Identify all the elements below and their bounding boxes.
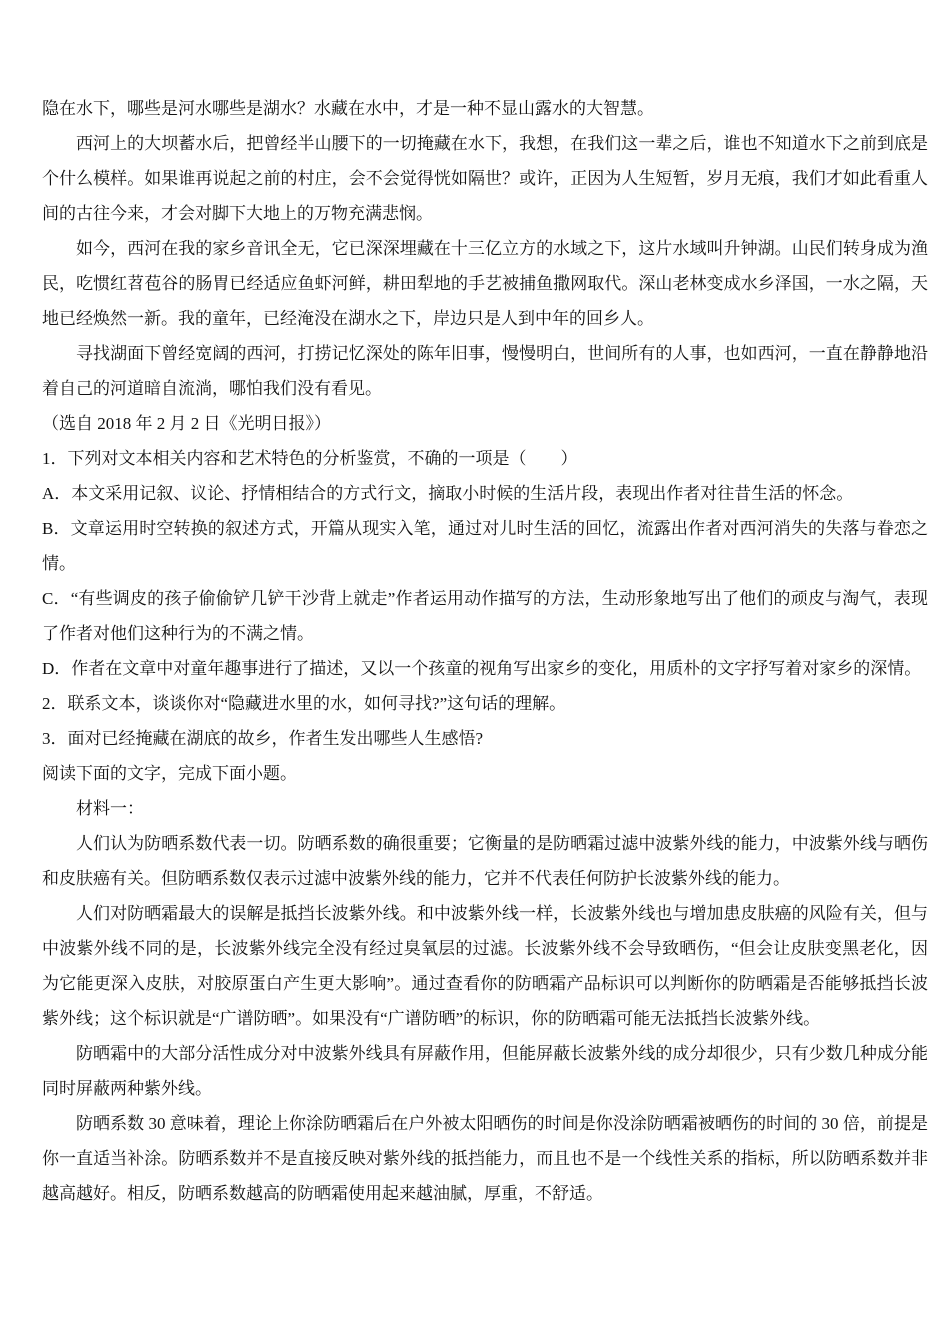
essay-paragraph-2: 西河上的大坝蓄水后，把曾经半山腰下的一切掩藏在水下，我想，在我们这一辈之后，谁也…: [42, 126, 928, 231]
question-1-option-b: B．文章运用时空转换的叙述方式，开篇从现实入笔，通过对儿时生活的回忆，流露出作者…: [42, 511, 928, 581]
material-one-label: 材料一：: [42, 791, 928, 826]
question-2: 2．联系文本，谈谈你对“隐藏进水里的水，如何寻找?”这句话的理解。: [42, 686, 928, 721]
question-1-option-c: C．“有些调皮的孩子偷偷铲几铲干沙背上就走”作者运用动作描写的方法，生动形象地写…: [42, 581, 928, 651]
essay-paragraph-3: 如今，西河在我的家乡音讯全无，它已深深埋藏在十三亿立方的水域之下，这片水域叫升钟…: [42, 231, 928, 336]
material-paragraph-1: 人们认为防晒系数代表一切。防晒系数的确很重要；它衡量的是防晒霜过滤中波紫外线的能…: [42, 826, 928, 896]
question-1-option-d: D．作者在文章中对童年趣事进行了描述，又以一个孩童的视角写出家乡的变化，用质朴的…: [42, 651, 928, 686]
material-paragraph-2: 人们对防晒霜最大的误解是抵挡长波紫外线。和中波紫外线一样，长波紫外线也与增加患皮…: [42, 896, 928, 1036]
essay-paragraph-4: 寻找湖面下曾经宽阔的西河，打捞记忆深处的陈年旧事，慢慢明白，世间所有的人事，也如…: [42, 336, 928, 406]
question-3: 3．面对已经掩藏在湖底的故乡，作者生发出哪些人生感悟?: [42, 721, 928, 756]
question-1: 1．下列对文本相关内容和艺术特色的分析鉴赏，不确的一项是（ ）: [42, 441, 928, 476]
question-1-option-a: A．本文采用记叙、议论、抒情相结合的方式行文，摘取小时候的生活片段，表现出作者对…: [42, 476, 928, 511]
document-page: 隐在水下，哪些是河水哪些是湖水？水藏在水中，才是一种不显山露水的大智慧。 西河上…: [0, 0, 950, 1344]
essay-paragraph-1: 隐在水下，哪些是河水哪些是湖水？水藏在水中，才是一种不显山露水的大智慧。: [42, 91, 928, 126]
material-paragraph-4: 防晒系数 30 意味着，理论上你涂防晒霜后在户外被太阳晒伤的时间是你没涂防晒霜被…: [42, 1106, 928, 1211]
reading-instruction: 阅读下面的文字，完成下面小题。: [42, 756, 928, 791]
source-citation: （选自 2018 年 2 月 2 日《光明日报》）: [42, 406, 928, 441]
material-paragraph-3: 防晒霜中的大部分活性成分对中波紫外线具有屏蔽作用，但能屏蔽长波紫外线的成分却很少…: [42, 1036, 928, 1106]
